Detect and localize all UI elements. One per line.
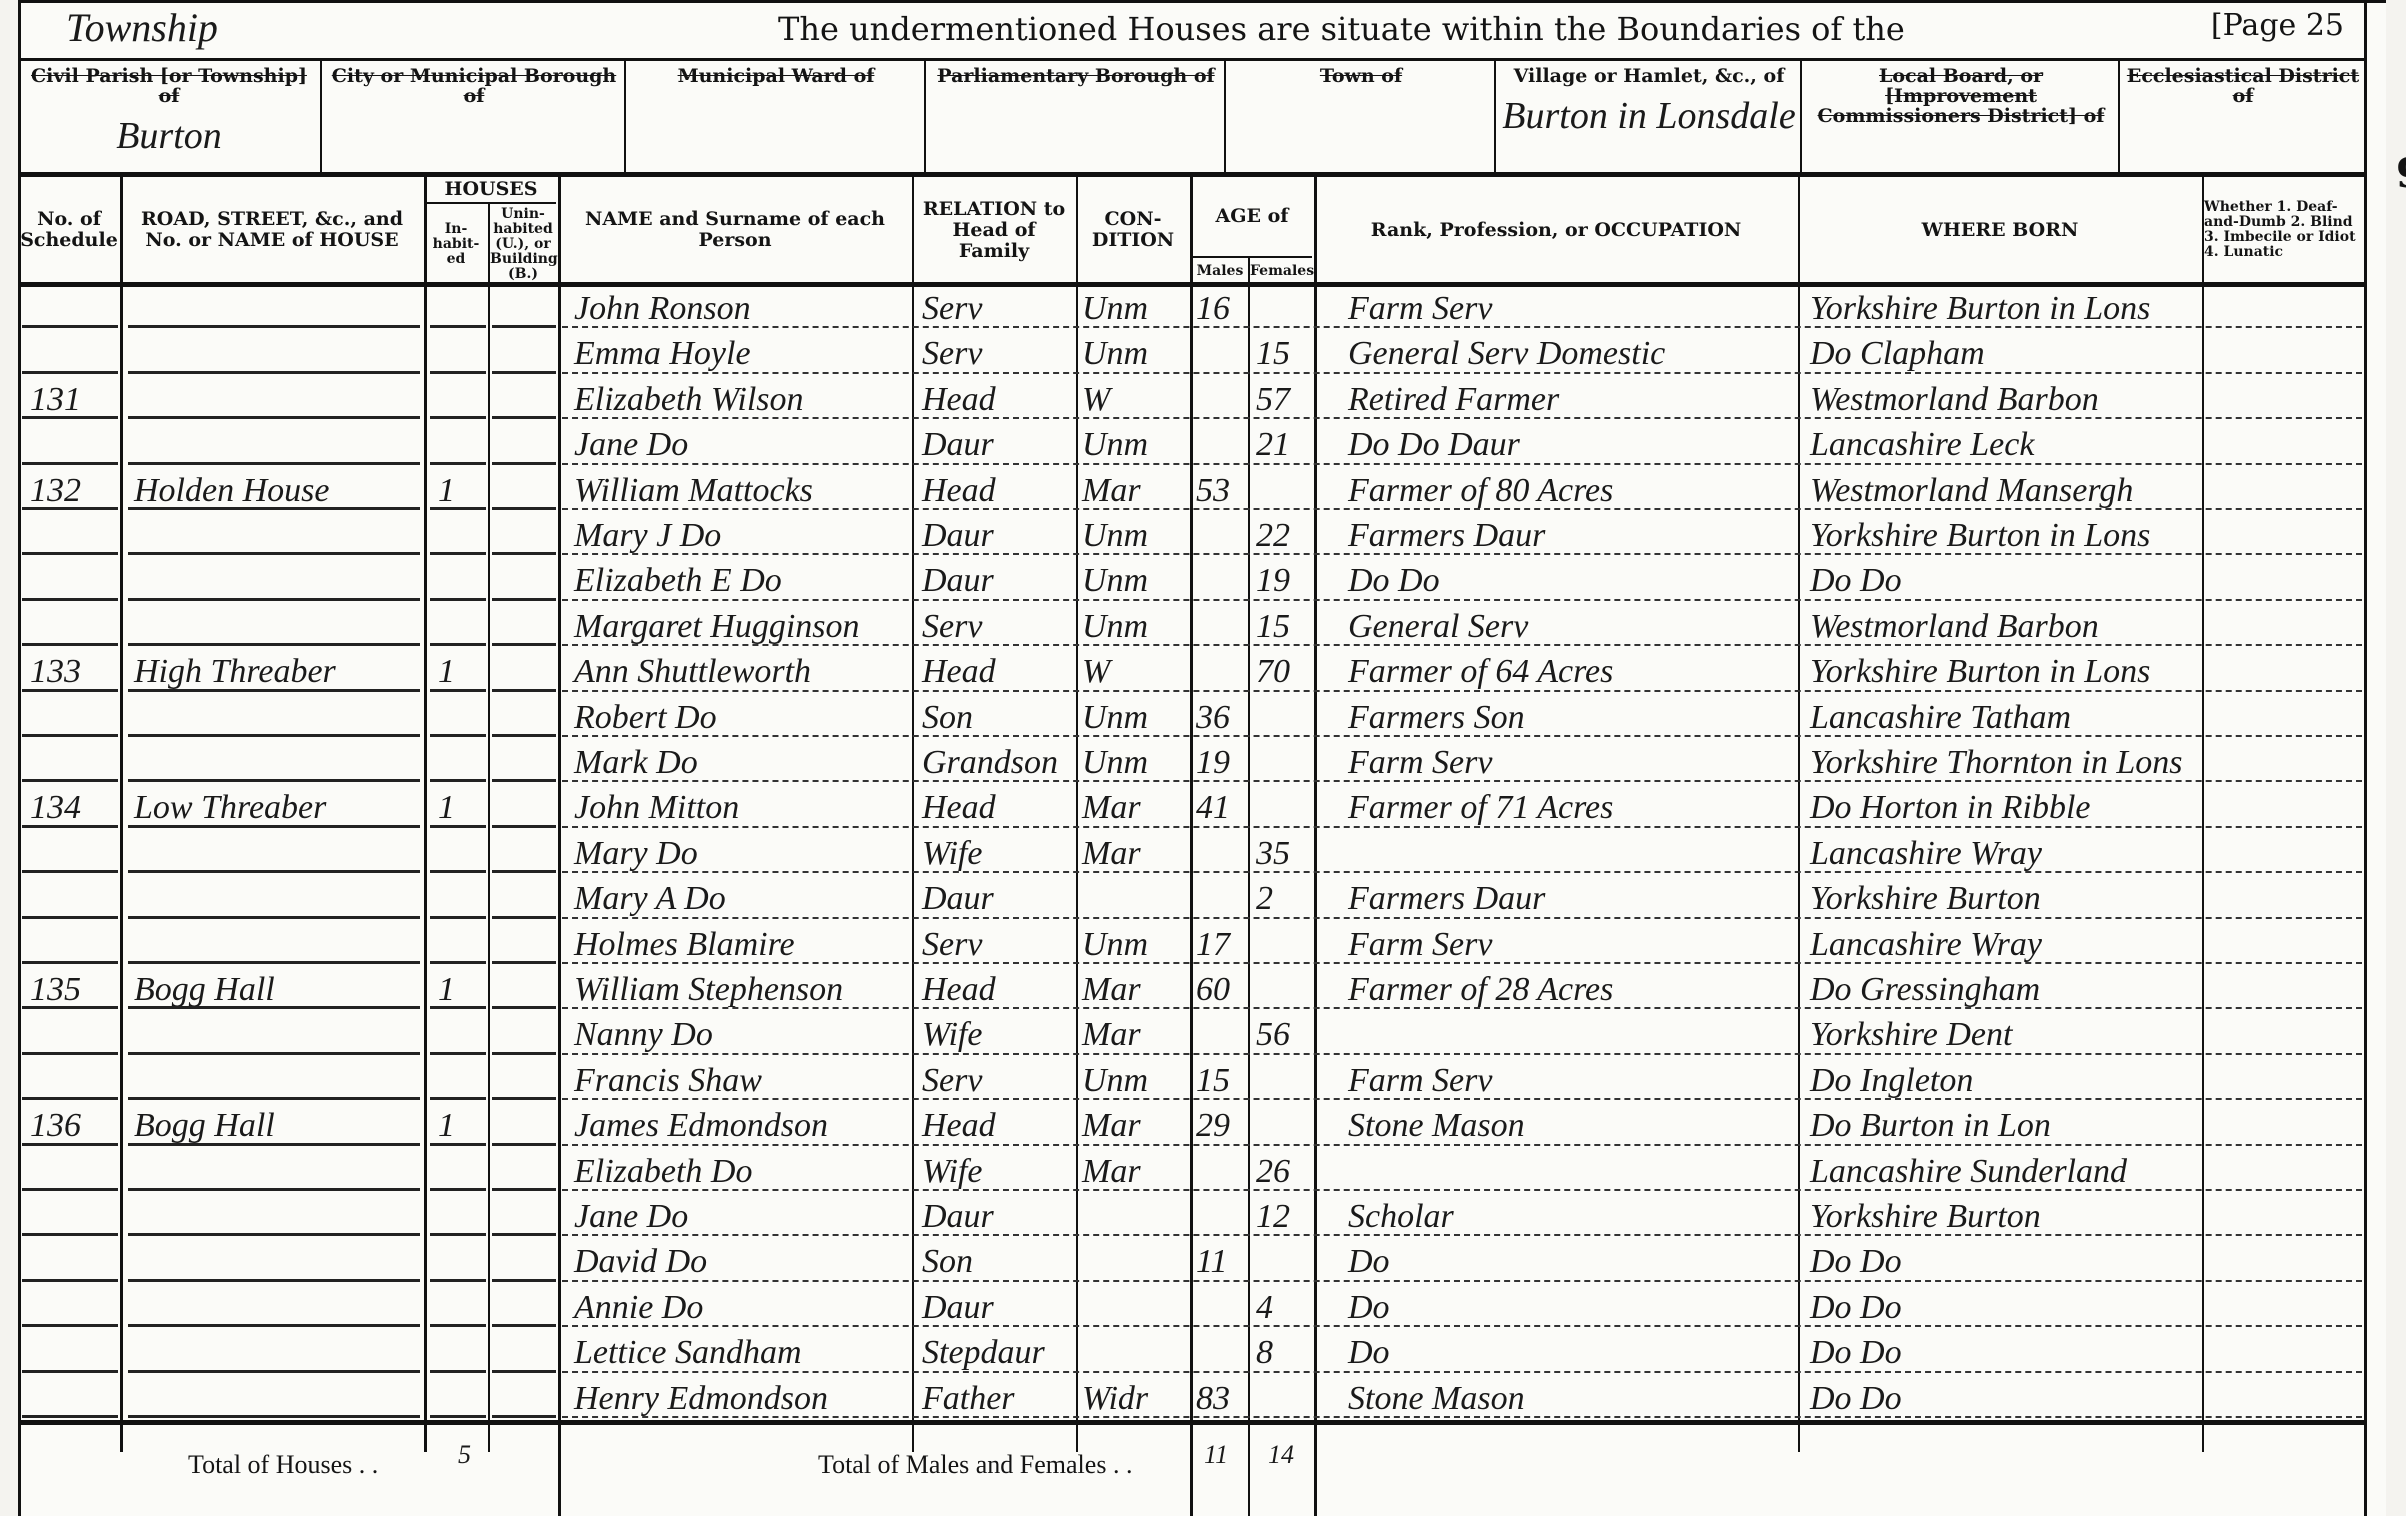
col-header-houses: HOUSES bbox=[426, 176, 556, 202]
total-houses-label: Total of Houses . . bbox=[188, 1450, 378, 1480]
total-houses-value: 5 bbox=[458, 1440, 471, 1470]
inhabited-count bbox=[438, 1237, 484, 1282]
where-born: Yorkshire Dent bbox=[1810, 1010, 2210, 1055]
inhabited-count bbox=[438, 329, 484, 374]
female-age: 19 bbox=[1256, 556, 1310, 601]
schedule-no bbox=[30, 1283, 118, 1328]
schedule-no bbox=[30, 511, 118, 556]
condition: Mar bbox=[1082, 783, 1186, 828]
female-age bbox=[1256, 1056, 1310, 1101]
house-name: Bogg Hall bbox=[134, 965, 424, 1010]
person-name: John Mitton bbox=[574, 783, 914, 828]
condition bbox=[1082, 1328, 1186, 1373]
where-born: Yorkshire Burton bbox=[1810, 874, 2210, 919]
house-name bbox=[134, 1056, 424, 1101]
census-row: Robert DoSonUnm36Farmers SonLancashire T… bbox=[18, 693, 2386, 738]
inhabited-count: 1 bbox=[438, 965, 484, 1010]
condition: Unm bbox=[1082, 329, 1186, 374]
house-name: Low Threaber bbox=[134, 783, 424, 828]
total-females-value: 14 bbox=[1268, 1440, 1294, 1470]
boundary-cell: Town of bbox=[1224, 60, 1496, 172]
person-name: Mary J Do bbox=[574, 511, 914, 556]
relation: Serv bbox=[922, 284, 1072, 329]
person-name: David Do bbox=[574, 1237, 914, 1282]
male-age bbox=[1196, 420, 1248, 465]
census-row: Francis ShawServUnm15Farm ServDo Ingleto… bbox=[18, 1056, 2386, 1101]
inhabited-count bbox=[438, 1010, 484, 1055]
occupation: Scholar bbox=[1348, 1192, 1798, 1237]
total-males-value: 11 bbox=[1204, 1440, 1228, 1470]
inhabited-count: 1 bbox=[438, 783, 484, 828]
condition: Mar bbox=[1082, 1010, 1186, 1055]
schedule-no: 132 bbox=[30, 466, 118, 511]
male-age: 17 bbox=[1196, 920, 1248, 965]
female-age bbox=[1256, 1374, 1310, 1419]
occupation: Do Do bbox=[1348, 556, 1798, 601]
relation: Wife bbox=[922, 829, 1072, 874]
relation: Son bbox=[922, 1237, 1072, 1282]
inhabited-count bbox=[438, 375, 484, 420]
relation: Serv bbox=[922, 602, 1072, 647]
female-age bbox=[1256, 965, 1310, 1010]
inhabited-count: 1 bbox=[438, 1101, 484, 1146]
where-born: Westmorland Mansergh bbox=[1810, 466, 2210, 511]
condition: Unm bbox=[1082, 556, 1186, 601]
person-name: Lettice Sandham bbox=[574, 1328, 914, 1373]
condition bbox=[1082, 1283, 1186, 1328]
boundary-label: Parliamentary Borough of bbox=[926, 66, 1226, 86]
person-name: Elizabeth E Do bbox=[574, 556, 914, 601]
schedule-no bbox=[30, 1056, 118, 1101]
relation: Daur bbox=[922, 511, 1072, 556]
house-name bbox=[134, 829, 424, 874]
male-age bbox=[1196, 375, 1248, 420]
inhabited-count bbox=[438, 1056, 484, 1101]
person-name: Mary Do bbox=[574, 829, 914, 874]
census-row: Elizabeth DoWifeMar26Lancashire Sunderla… bbox=[18, 1147, 2386, 1192]
male-age bbox=[1196, 1010, 1248, 1055]
male-age bbox=[1196, 647, 1248, 692]
where-born: Do Horton in Ribble bbox=[1810, 783, 2210, 828]
census-row: Holmes BlamireServUnm17Farm ServLancashi… bbox=[18, 920, 2386, 965]
relation: Serv bbox=[922, 1056, 1072, 1101]
occupation bbox=[1348, 829, 1798, 874]
condition: Mar bbox=[1082, 829, 1186, 874]
occupation: Farmer of 64 Acres bbox=[1348, 647, 1798, 692]
census-row: Elizabeth E DoDaurUnm19Do DoDo Do bbox=[18, 556, 2386, 601]
occupation: Farmers Daur bbox=[1348, 874, 1798, 919]
schedule-no bbox=[30, 1374, 118, 1419]
male-age bbox=[1196, 829, 1248, 874]
col-header-uninhabited: Unin-habited (U.), or Building (B.) bbox=[490, 204, 556, 284]
census-row: Lettice SandhamStepdaur8DoDo Do bbox=[18, 1328, 2386, 1373]
schedule-no bbox=[30, 420, 118, 465]
schedule-no bbox=[30, 693, 118, 738]
col-header-schedule: No. of Schedule bbox=[20, 176, 118, 284]
relation: Wife bbox=[922, 1010, 1072, 1055]
male-age: 29 bbox=[1196, 1101, 1248, 1146]
schedule-no bbox=[30, 329, 118, 374]
female-age: 70 bbox=[1256, 647, 1310, 692]
schedule-no bbox=[30, 1192, 118, 1237]
relation: Head bbox=[922, 375, 1072, 420]
boundary-label: Town of bbox=[1226, 66, 1496, 86]
occupation: Farmer of 71 Acres bbox=[1348, 783, 1798, 828]
col-header-infirmity: Whether 1. Deaf-and-Dumb 2. Blind 3. Imb… bbox=[2204, 176, 2362, 284]
house-name bbox=[134, 602, 424, 647]
where-born: Yorkshire Burton bbox=[1810, 1192, 2210, 1237]
col-header-males: Males bbox=[1192, 258, 1248, 284]
house-name bbox=[134, 329, 424, 374]
schedule-no bbox=[30, 829, 118, 874]
female-age: 15 bbox=[1256, 602, 1310, 647]
schedule-no bbox=[30, 284, 118, 329]
relation: Grandson bbox=[922, 738, 1072, 783]
house-name bbox=[134, 1237, 424, 1282]
inhabited-count bbox=[438, 511, 484, 556]
col-header-relation: RELATION to Head of Family bbox=[914, 176, 1074, 284]
house-name: High Threaber bbox=[134, 647, 424, 692]
person-name: Margaret Hugginson bbox=[574, 602, 914, 647]
occupation: Farmer of 80 Acres bbox=[1348, 466, 1798, 511]
condition: Mar bbox=[1082, 965, 1186, 1010]
female-age: 35 bbox=[1256, 829, 1310, 874]
col-header-females: Females bbox=[1250, 258, 1312, 284]
person-name: Jane Do bbox=[574, 1192, 914, 1237]
person-name: William Stephenson bbox=[574, 965, 914, 1010]
house-name bbox=[134, 1010, 424, 1055]
occupation: Farm Serv bbox=[1348, 284, 1798, 329]
inhabited-count bbox=[438, 874, 484, 919]
male-age bbox=[1196, 556, 1248, 601]
schedule-no bbox=[30, 1147, 118, 1192]
schedule-no bbox=[30, 1010, 118, 1055]
female-age bbox=[1256, 783, 1310, 828]
boundary-label: Local Board, or [Improvement Commissione… bbox=[1802, 66, 2120, 126]
house-name bbox=[134, 738, 424, 783]
boundary-value: Burton in Lonsdale bbox=[1496, 94, 1802, 138]
person-name: Holmes Blamire bbox=[574, 920, 914, 965]
house-name bbox=[134, 420, 424, 465]
female-age: 4 bbox=[1256, 1283, 1310, 1328]
female-age: 56 bbox=[1256, 1010, 1310, 1055]
relation: Serv bbox=[922, 329, 1072, 374]
census-row: Margaret HugginsonServUnm15General ServW… bbox=[18, 602, 2386, 647]
census-row: Henry EdmondsonFatherWidr83Stone MasonDo… bbox=[18, 1374, 2386, 1419]
occupation bbox=[1348, 1147, 1798, 1192]
where-born: Do Do bbox=[1810, 1328, 2210, 1373]
inhabited-count bbox=[438, 920, 484, 965]
schedule-no bbox=[30, 738, 118, 783]
male-age: 41 bbox=[1196, 783, 1248, 828]
boundary-cell: Ecclesiastical District of bbox=[2118, 60, 2366, 172]
relation: Daur bbox=[922, 874, 1072, 919]
schedule-no bbox=[30, 1328, 118, 1373]
condition: Unm bbox=[1082, 511, 1186, 556]
person-name: Elizabeth Do bbox=[574, 1147, 914, 1192]
relation: Daur bbox=[922, 556, 1072, 601]
person-name: Francis Shaw bbox=[574, 1056, 914, 1101]
male-age bbox=[1196, 511, 1248, 556]
where-born: Do Do bbox=[1810, 1374, 2210, 1419]
boundary-cell: Municipal Ward of bbox=[624, 60, 926, 172]
condition: W bbox=[1082, 375, 1186, 420]
census-row: David DoSon11DoDo Do bbox=[18, 1237, 2386, 1282]
inhabited-count bbox=[438, 693, 484, 738]
inhabited-count bbox=[438, 1283, 484, 1328]
total-persons-label: Total of Males and Females . . bbox=[818, 1450, 1132, 1480]
schedule-no: 131 bbox=[30, 375, 118, 420]
boundary-cell: Village or Hamlet, &c., ofBurton in Lons… bbox=[1494, 60, 1802, 172]
where-born: Yorkshire Thornton in Lons bbox=[1810, 738, 2210, 783]
female-age bbox=[1256, 1101, 1310, 1146]
male-age: 15 bbox=[1196, 1056, 1248, 1101]
page-number: [Page 25 bbox=[2211, 8, 2344, 43]
census-row: Jane DoDaur12ScholarYorkshire Burton bbox=[18, 1192, 2386, 1237]
where-born: Do Do bbox=[1810, 1237, 2210, 1282]
female-age bbox=[1256, 1237, 1310, 1282]
totals-rule bbox=[18, 1420, 2364, 1425]
occupation: Farm Serv bbox=[1348, 920, 1798, 965]
condition: Mar bbox=[1082, 1147, 1186, 1192]
condition: Mar bbox=[1082, 1101, 1186, 1146]
condition: Widr bbox=[1082, 1374, 1186, 1419]
person-name: Jane Do bbox=[574, 420, 914, 465]
where-born: Do Do bbox=[1810, 556, 2210, 601]
male-age bbox=[1196, 1192, 1248, 1237]
inhabited-count bbox=[438, 738, 484, 783]
census-row: John RonsonServUnm16Farm ServYorkshire B… bbox=[18, 284, 2386, 329]
female-age bbox=[1256, 466, 1310, 511]
male-age bbox=[1196, 1147, 1248, 1192]
relation: Head bbox=[922, 783, 1072, 828]
census-row: 136Bogg Hall1James EdmondsonHeadMar29Sto… bbox=[18, 1101, 2386, 1146]
boundary-label: Ecclesiastical District of bbox=[2120, 66, 2366, 106]
house-name bbox=[134, 1147, 424, 1192]
female-age: 22 bbox=[1256, 511, 1310, 556]
relation: Stepdaur bbox=[922, 1328, 1072, 1373]
house-name bbox=[134, 375, 424, 420]
where-born: Lancashire Wray bbox=[1810, 920, 2210, 965]
female-age: 12 bbox=[1256, 1192, 1310, 1237]
male-age bbox=[1196, 1328, 1248, 1373]
col-header-where-born: WHERE BORN bbox=[1800, 176, 2200, 284]
condition bbox=[1082, 1192, 1186, 1237]
boundary-label: Municipal Ward of bbox=[626, 66, 926, 86]
relation: Daur bbox=[922, 1283, 1072, 1328]
col-header-occupation: Rank, Profession, or OCCUPATION bbox=[1316, 176, 1796, 284]
condition: Unm bbox=[1082, 284, 1186, 329]
house-name bbox=[134, 1283, 424, 1328]
female-age: 57 bbox=[1256, 375, 1310, 420]
house-name bbox=[134, 1328, 424, 1373]
inhabited-count bbox=[438, 1147, 484, 1192]
relation: Father bbox=[922, 1374, 1072, 1419]
condition: Unm bbox=[1082, 602, 1186, 647]
boundary-cell: Local Board, or [Improvement Commissione… bbox=[1800, 60, 2120, 172]
census-row: 134Low Threaber1John MittonHeadMar41Farm… bbox=[18, 783, 2386, 828]
schedule-no: 136 bbox=[30, 1101, 118, 1146]
occupation: General Serv bbox=[1348, 602, 1798, 647]
house-name bbox=[134, 284, 424, 329]
boundary-cell: City or Municipal Borough of bbox=[320, 60, 626, 172]
male-age bbox=[1196, 874, 1248, 919]
female-age: 21 bbox=[1256, 420, 1310, 465]
condition bbox=[1082, 874, 1186, 919]
occupation: General Serv Domestic bbox=[1348, 329, 1798, 374]
female-age: 15 bbox=[1256, 329, 1310, 374]
condition: Unm bbox=[1082, 738, 1186, 783]
occupation: Do Do Daur bbox=[1348, 420, 1798, 465]
where-born: Yorkshire Burton in Lons bbox=[1810, 284, 2210, 329]
schedule-no: 133 bbox=[30, 647, 118, 692]
census-row: Mark DoGrandsonUnm19Farm ServYorkshire T… bbox=[18, 738, 2386, 783]
col-header-name: NAME and Surname of each Person bbox=[560, 176, 910, 284]
occupation: Farm Serv bbox=[1348, 738, 1798, 783]
township-annotation: Township bbox=[66, 4, 218, 51]
inhabited-count bbox=[438, 602, 484, 647]
person-name: Mary A Do bbox=[574, 874, 914, 919]
census-row: Mary J DoDaurUnm22Farmers DaurYorkshire … bbox=[18, 511, 2386, 556]
condition: Unm bbox=[1082, 920, 1186, 965]
census-page: Township The undermentioned Houses are s… bbox=[18, 0, 2386, 1516]
male-age: 36 bbox=[1196, 693, 1248, 738]
boundary-cell: Civil Parish [or Township] ofBurton bbox=[18, 60, 320, 172]
schedule-no bbox=[30, 874, 118, 919]
male-age bbox=[1196, 1283, 1248, 1328]
relation: Son bbox=[922, 693, 1072, 738]
where-born: Yorkshire Burton in Lons bbox=[1810, 647, 2210, 692]
condition: W bbox=[1082, 647, 1186, 692]
occupation: Farm Serv bbox=[1348, 1056, 1798, 1101]
where-born: Do Ingleton bbox=[1810, 1056, 2210, 1101]
col-header-age: AGE of bbox=[1192, 176, 1312, 256]
census-row: Jane DoDaurUnm21Do Do DaurLancashire Lec… bbox=[18, 420, 2386, 465]
schedule-no bbox=[30, 1237, 118, 1282]
census-row: 132Holden House1William MattocksHeadMar5… bbox=[18, 466, 2386, 511]
inhabited-count bbox=[438, 1374, 484, 1419]
page-title: The undermentioned Houses are situate wi… bbox=[778, 10, 1905, 48]
census-row: 131Elizabeth WilsonHeadW57Retired Farmer… bbox=[18, 375, 2386, 420]
census-row: Nanny DoWifeMar56Yorkshire Dent bbox=[18, 1010, 2386, 1055]
inhabited-count bbox=[438, 829, 484, 874]
inhabited-count bbox=[438, 556, 484, 601]
occupation: Stone Mason bbox=[1348, 1374, 1798, 1419]
condition: Unm bbox=[1082, 420, 1186, 465]
where-born: Lancashire Tatham bbox=[1810, 693, 2210, 738]
condition: Mar bbox=[1082, 466, 1186, 511]
census-row: Emma HoyleServUnm15General Serv Domestic… bbox=[18, 329, 2386, 374]
occupation: Farmers Son bbox=[1348, 693, 1798, 738]
house-name: Bogg Hall bbox=[134, 1101, 424, 1146]
relation: Head bbox=[922, 647, 1072, 692]
col-header-condition: CON-DITION bbox=[1078, 176, 1188, 284]
boundary-label: Civil Parish [or Township] of bbox=[18, 66, 320, 106]
census-row: Annie DoDaur4DoDo Do bbox=[18, 1283, 2386, 1328]
census-row: Mary DoWifeMar35Lancashire Wray bbox=[18, 829, 2386, 874]
relation: Wife bbox=[922, 1147, 1072, 1192]
person-name: Robert Do bbox=[574, 693, 914, 738]
male-age: 19 bbox=[1196, 738, 1248, 783]
where-born: Westmorland Barbon bbox=[1810, 602, 2210, 647]
male-age bbox=[1196, 602, 1248, 647]
occupation: Do bbox=[1348, 1328, 1798, 1373]
schedule-no: 134 bbox=[30, 783, 118, 828]
relation: Daur bbox=[922, 1192, 1072, 1237]
where-born: Westmorland Barbon bbox=[1810, 375, 2210, 420]
boundary-label: Village or Hamlet, &c., of bbox=[1496, 66, 1802, 86]
inhabited-count: 1 bbox=[438, 466, 484, 511]
inhabited-count: 1 bbox=[438, 647, 484, 692]
where-born: Lancashire Leck bbox=[1810, 420, 2210, 465]
relation: Head bbox=[922, 965, 1072, 1010]
relation: Head bbox=[922, 466, 1072, 511]
condition: Unm bbox=[1082, 1056, 1186, 1101]
house-name bbox=[134, 1192, 424, 1237]
boundary-label: City or Municipal Borough of bbox=[322, 66, 626, 106]
male-age: 83 bbox=[1196, 1374, 1248, 1419]
house-name bbox=[134, 556, 424, 601]
male-age: 60 bbox=[1196, 965, 1248, 1010]
person-name: Annie Do bbox=[574, 1283, 914, 1328]
inhabited-count bbox=[438, 1328, 484, 1373]
col-header-road: ROAD, STREET, &c., and No. or NAME of HO… bbox=[122, 176, 422, 284]
condition: Unm bbox=[1082, 693, 1186, 738]
where-born: Do Gressingham bbox=[1810, 965, 2210, 1010]
person-name: William Mattocks bbox=[574, 466, 914, 511]
relation: Head bbox=[922, 1101, 1072, 1146]
schedule-no: 135 bbox=[30, 965, 118, 1010]
male-age: 11 bbox=[1196, 1237, 1248, 1282]
where-born: Lancashire Sunderland bbox=[1810, 1147, 2210, 1192]
female-age bbox=[1256, 284, 1310, 329]
schedule-no bbox=[30, 556, 118, 601]
person-name: Ann Shuttleworth bbox=[574, 647, 914, 692]
inhabited-count bbox=[438, 1192, 484, 1237]
person-name: John Ronson bbox=[574, 284, 914, 329]
census-row: 133High Threaber1Ann ShuttleworthHeadW70… bbox=[18, 647, 2386, 692]
inhabited-count bbox=[438, 284, 484, 329]
inhabited-count bbox=[438, 420, 484, 465]
boundary-value: Burton bbox=[18, 114, 320, 158]
occupation: Farmers Daur bbox=[1348, 511, 1798, 556]
schedule-no bbox=[30, 602, 118, 647]
female-age: 26 bbox=[1256, 1147, 1310, 1192]
occupation: Stone Mason bbox=[1348, 1101, 1798, 1146]
where-born: Yorkshire Burton in Lons bbox=[1810, 511, 2210, 556]
occupation bbox=[1348, 1010, 1798, 1055]
house-name bbox=[134, 1374, 424, 1419]
house-name bbox=[134, 511, 424, 556]
person-name: Mark Do bbox=[574, 738, 914, 783]
male-age: 53 bbox=[1196, 466, 1248, 511]
where-born: Do Do bbox=[1810, 1283, 2210, 1328]
female-age bbox=[1256, 738, 1310, 783]
census-row: 135Bogg Hall1William StephensonHeadMar60… bbox=[18, 965, 2386, 1010]
census-row: Mary A DoDaur2Farmers DaurYorkshire Burt… bbox=[18, 874, 2386, 919]
female-age bbox=[1256, 920, 1310, 965]
where-born: Do Clapham bbox=[1810, 329, 2210, 374]
male-age bbox=[1196, 329, 1248, 374]
relation: Serv bbox=[922, 920, 1072, 965]
frame-top bbox=[18, 0, 2386, 3]
female-age: 8 bbox=[1256, 1328, 1310, 1373]
house-name bbox=[134, 874, 424, 919]
house-name bbox=[134, 920, 424, 965]
where-born: Do Burton in Lon bbox=[1810, 1101, 2210, 1146]
boundary-cell: Parliamentary Borough of bbox=[924, 60, 1226, 172]
female-age bbox=[1256, 693, 1310, 738]
